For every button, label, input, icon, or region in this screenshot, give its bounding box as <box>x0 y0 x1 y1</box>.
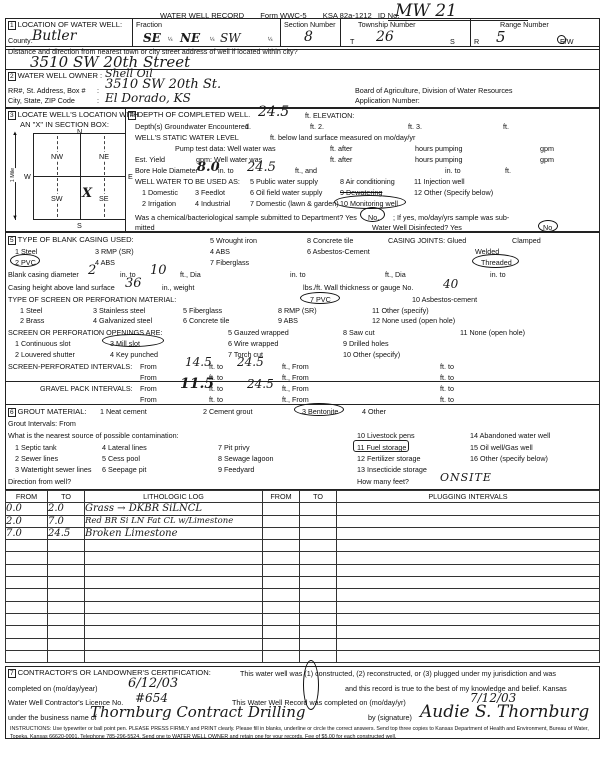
threaded-circle <box>472 254 519 268</box>
board-label: Board of Agriculture, Division of Water … <box>355 86 513 95</box>
row-to[interactable]: 7.0 <box>48 515 85 527</box>
joint-clamped[interactable]: Clamped <box>512 236 541 245</box>
use-label: WELL WATER TO BE USED AS: <box>135 177 240 186</box>
casing-abs-label[interactable]: 4 ABS <box>95 258 115 267</box>
range-east-circle <box>557 35 566 44</box>
pump-test-label: Pump test data: Well water was <box>175 144 276 153</box>
table-row <box>6 601 600 613</box>
gw-2: ft. 2. <box>310 122 324 131</box>
screen-rmp[interactable]: 8 RMP (SR) <box>278 306 317 315</box>
contam-watertight[interactable]: 3 Watertight sewer lines <box>15 465 91 474</box>
hours-pumping: hours pumping <box>415 144 463 153</box>
grout-intervals-label: Grout Intervals: From <box>8 419 76 428</box>
depth-value[interactable]: 24.5 <box>258 104 289 120</box>
table-row <box>6 552 600 564</box>
contam-septic[interactable]: 1 Septic tank <box>15 443 57 452</box>
opening-other[interactable]: 10 Other (specify) <box>343 350 400 359</box>
township-value[interactable]: 26 <box>376 29 394 45</box>
row-from[interactable]: 0.0 <box>6 503 48 515</box>
table-row <box>6 540 600 552</box>
township-label: Township Number <box>358 20 416 29</box>
row-from[interactable]: 7.0 <box>6 527 48 539</box>
elevation-label: ft. ELEVATION: <box>305 111 354 120</box>
groundwater-label: Depth(s) Groundwater Encountered <box>135 122 249 131</box>
range-value[interactable]: 5 <box>496 28 506 46</box>
static-level-label: WELL'S STATIC WATER LEVEL <box>135 133 239 142</box>
section-2-label: 2WATER WELL OWNER : <box>8 71 102 81</box>
in-to-3: in. to <box>490 270 506 279</box>
col-from: FROM <box>6 491 48 503</box>
gravel-to[interactable]: 24.5 <box>247 377 274 391</box>
height-value[interactable]: 36 <box>125 276 142 291</box>
ft: ft. <box>505 166 511 175</box>
grout-other[interactable]: 4 Other <box>362 407 386 416</box>
perf-to[interactable]: 24.5 <box>237 355 264 369</box>
how-far-value[interactable]: ONSITE <box>440 471 492 484</box>
township-prefix: T <box>350 37 354 46</box>
ft-to-4: ft. to <box>440 373 454 382</box>
ft-from-3: ft., From <box>282 384 309 393</box>
fraction-2[interactable]: NE <box>180 31 200 45</box>
table-row <box>6 638 600 650</box>
use-public[interactable]: 5 Public water supply <box>250 177 318 186</box>
contam-fertilizer[interactable]: 12 Fertilizer storage <box>357 454 421 463</box>
col-to: TO <box>48 491 85 503</box>
business-label: under the business name of <box>8 713 97 722</box>
ne-quadrant: NE <box>98 152 110 161</box>
blank-dia-value[interactable]: 2 <box>88 263 96 278</box>
casing-wrought-iron[interactable]: 5 Wrought iron <box>210 236 257 245</box>
table-row: 0.02.0Grass → DKBR SiLNCL <box>6 503 600 515</box>
mill-slot-circle <box>102 334 164 347</box>
row-to[interactable]: 24.5 <box>48 527 85 539</box>
bore-label: Bore Hole Diameter <box>135 166 198 175</box>
ft-to-2: ft. to <box>440 362 454 371</box>
contam-livestock[interactable]: 10 Livestock pens <box>357 431 415 440</box>
screen-fiberglass[interactable]: 5 Fiberglass <box>183 306 222 315</box>
height-label: Casing height above land surface <box>8 283 115 292</box>
screen-label: TYPE OF SCREEN OR PERFORATION MATERIAL: <box>8 295 176 304</box>
south-label: S <box>77 221 82 230</box>
sample-question-3: mitted <box>135 223 155 232</box>
col-plug-from: FROM <box>263 491 300 503</box>
col-plugging: PLUGGING INTERVALS <box>337 491 600 503</box>
gpm-2: gpm <box>540 155 554 164</box>
col-plug-to: TO <box>300 491 337 503</box>
gauge-value[interactable]: 40 <box>443 277 458 291</box>
static-level-suffix: ft. below land surface measured on mo/da… <box>270 133 415 142</box>
location-x-mark: X <box>82 186 92 201</box>
screen-galvanized[interactable]: 4 Galvanized steel <box>93 316 152 325</box>
range-label: Range Number <box>500 20 549 29</box>
bore-to[interactable]: 24.5 <box>247 160 276 175</box>
blank-to-value[interactable]: 10 <box>150 263 167 278</box>
colon: : <box>97 96 99 105</box>
table-row <box>6 589 600 601</box>
mile-label: 1 Mile <box>10 168 16 182</box>
use-injection[interactable]: 11 Injection well <box>414 177 465 186</box>
fuel-storage-circle <box>353 440 409 452</box>
casing-pvc-circle <box>10 254 40 267</box>
ft-from-2: ft., From <box>282 373 309 382</box>
casing-concrete[interactable]: 8 Concrete tile <box>307 236 353 245</box>
table-row <box>6 577 600 589</box>
cert-text-1: This water well was (1) constructed, (2)… <box>240 669 556 678</box>
screen-pvc-circle <box>300 292 340 304</box>
hours-pumping-2: hours pumping <box>415 155 463 164</box>
row-desc[interactable]: Broken Limestone <box>85 527 263 539</box>
quarter-2: ¼ <box>210 37 214 43</box>
gw-1: 1. <box>245 122 251 131</box>
row-from[interactable]: 2.0 <box>6 515 48 527</box>
contam-insecticide[interactable]: 13 Insecticide storage <box>357 465 427 474</box>
table-row <box>6 564 600 576</box>
quarter-1: ¼ <box>168 37 172 43</box>
contam-sewer[interactable]: 2 Sewer lines <box>15 454 58 463</box>
opening-louvered[interactable]: 2 Louvered shutter <box>15 350 75 359</box>
se-quadrant: SE <box>98 194 110 203</box>
screen-other[interactable]: 11 Other (specify) <box>372 306 429 315</box>
ft-to-6: ft. to <box>440 384 454 393</box>
table-row: 7.024.5Broken Limestone <box>6 527 600 539</box>
ft-from-1: ft., From <box>282 362 309 371</box>
business-value[interactable]: Thornburg Contract Drilling <box>90 703 306 721</box>
completed-date[interactable]: 6/12/03 <box>128 676 178 691</box>
wall-label: lbs./ft. Wall thickness or gauge No. <box>303 283 413 292</box>
section-7-label: 7CONTRACTOR'S OR LANDOWNER'S CERTIFICATI… <box>8 668 211 678</box>
bentonite-circle <box>294 403 344 416</box>
county-value[interactable]: Butler <box>32 28 76 44</box>
opening-saw-cut[interactable]: 8 Saw cut <box>343 328 375 337</box>
casing-other[interactable]: 6 Asbestos-Cement <box>307 247 370 256</box>
contam-abandoned[interactable]: 14 Abandoned water well <box>470 431 550 440</box>
fraction-1[interactable]: SE <box>143 31 161 45</box>
section-number-label: Section Number <box>284 20 336 29</box>
in-to-2: in. to <box>445 166 461 175</box>
casing-fiberglass[interactable]: 7 Fiberglass <box>210 258 249 267</box>
in-to-2: in. to <box>290 270 306 279</box>
city-value[interactable]: El Dorado, KS <box>105 91 191 105</box>
address-label: RR#, St. Address, Box # <box>8 86 86 95</box>
ft-to-7: ft. to <box>209 395 223 404</box>
section-3-sublabel: AN "X" IN SECTION BOX: <box>20 120 109 129</box>
section-box-diagram[interactable]: NW NE SW SE X <box>33 133 126 220</box>
contam-seepage[interactable]: 6 Seepage pit <box>102 465 146 474</box>
contam-lateral[interactable]: 4 Lateral lines <box>102 443 147 452</box>
disinfected-no-circle <box>538 220 558 232</box>
screen-concrete[interactable]: 6 Concrete tile <box>183 316 229 325</box>
opening-gauzed[interactable]: 5 Gauzed wrapped <box>228 328 289 337</box>
township-suffix: S <box>450 37 455 46</box>
contam-lagoon[interactable]: 8 Sewage lagoon <box>218 454 274 463</box>
table-row <box>6 650 600 662</box>
grout-cement[interactable]: 2 Cement grout <box>203 407 253 416</box>
joints-label: CASING JOINTS: Glued <box>388 236 466 245</box>
weight-label: in., weight <box>162 283 194 292</box>
from-4: From <box>140 395 157 404</box>
screen-stainless[interactable]: 3 Stainless steel <box>93 306 145 315</box>
use-air[interactable]: 8 Air conditioning <box>340 177 395 186</box>
arrow-down-icon: ▼ <box>12 215 18 221</box>
completed-label: completed on (mo/day/year) <box>8 684 98 693</box>
ft-to-1: ft. to <box>209 362 223 371</box>
screen-steel[interactable]: 1 Steel <box>20 306 42 315</box>
fraction-label: Fraction <box>136 20 162 29</box>
table-row <box>6 613 600 625</box>
ft-and: ft., and <box>295 166 317 175</box>
yield-label: Est. Yield <box>135 155 165 164</box>
range-prefix: R <box>474 37 479 46</box>
use-domestic[interactable]: 1 Domestic <box>142 188 178 197</box>
from-1: From <box>140 362 157 371</box>
county-label: County: <box>8 36 33 45</box>
disinfected-label: Water Well Disinfected? Yes <box>372 223 462 232</box>
gw-3: ft. 3. <box>408 122 422 131</box>
gravel-label: GRAVEL PACK INTERVALS: <box>40 384 133 393</box>
log-table: FROM TO LITHOLOGIC LOG FROM TO PLUGGING … <box>5 490 600 663</box>
quarter-3: ¼ <box>268 37 272 43</box>
arrow-up-icon: ▲ <box>12 131 18 137</box>
use-irrigation[interactable]: 2 Irrigation <box>142 199 176 208</box>
ft-after-2: ft. after <box>330 155 352 164</box>
section-3-label: 3LOCATE WELL'S LOCATION WITH <box>8 110 139 120</box>
contam-other[interactable]: 16 Other (specify below) <box>470 454 548 463</box>
grout-neat-cement[interactable]: 1 Neat cement <box>100 407 147 416</box>
contam-feedyard[interactable]: 9 Feedyard <box>218 465 254 474</box>
west-label: W <box>24 172 31 181</box>
blank-dia-label: Blank casing diameter <box>8 270 79 279</box>
section-6-label: 6GROUT MATERIAL: <box>8 407 87 417</box>
contam-pit-privy[interactable]: 7 Pit privy <box>218 443 250 452</box>
casing-asbestos[interactable]: 4 ABS <box>210 247 230 256</box>
opening-continuous[interactable]: 1 Continuous slot <box>15 339 71 348</box>
section-5-label: 5TYPE OF BLANK CASING USED: <box>8 235 134 245</box>
row-desc[interactable]: Red BR Si LN Fat CL w/Limestone <box>85 515 263 527</box>
ft-dia-2: ft., Dia <box>385 270 406 279</box>
opening-none[interactable]: 11 None (open hole) <box>460 328 525 337</box>
ft-from-4: ft., From <box>282 395 309 404</box>
section-number-value[interactable]: 8 <box>304 29 313 45</box>
east-label: E <box>128 172 133 181</box>
opening-key-punched[interactable]: 4 Key punched <box>110 350 158 359</box>
city-label: City, State, ZIP Code <box>8 96 75 105</box>
table-row: 2.07.0Red BR Si LN Fat CL w/Limestone <box>6 515 600 527</box>
row-to[interactable]: 2.0 <box>48 503 85 515</box>
ft-after: ft. after <box>330 144 352 153</box>
from-2: From <box>140 373 157 382</box>
opening-wire[interactable]: 6 Wire wrapped <box>228 339 278 348</box>
perf-from[interactable]: 14.5 <box>185 355 212 369</box>
opening-drilled[interactable]: 9 Drilled holes <box>343 339 389 348</box>
use-industrial[interactable]: 4 Industrial <box>195 199 230 208</box>
bore-diameter[interactable]: 8.0 <box>197 160 220 175</box>
col-lithologic: LITHOLOGIC LOG <box>85 491 263 503</box>
contam-cess-pool[interactable]: 5 Cess pool <box>102 454 140 463</box>
how-far-label: How many feet? <box>357 477 409 486</box>
sw-quadrant: SW <box>50 194 64 203</box>
sample-no-circle <box>360 207 385 222</box>
row-desc[interactable]: Grass → DKBR SiLNCL <box>85 503 263 515</box>
use-oilfield[interactable]: 6 Oil field water supply <box>250 188 322 197</box>
colon: : <box>97 86 99 95</box>
instructions: INSTRUCTIONS: Use typewriter or ball poi… <box>10 726 595 741</box>
gpm: gpm <box>540 144 554 153</box>
ft-dia: ft., Dia <box>180 270 201 279</box>
ft-to-8: ft. to <box>440 395 454 404</box>
screen-none[interactable]: 12 None used (open hole) <box>372 316 455 325</box>
application-label: Application Number: <box>355 96 420 105</box>
gw-ft: ft. <box>503 122 509 131</box>
table-row <box>6 626 600 638</box>
fraction-3[interactable]: SW <box>220 31 241 45</box>
use-other[interactable]: 12 Other (Specify below) <box>414 188 493 197</box>
address-value[interactable]: 3510 SW 20th St. <box>105 77 221 92</box>
sample-question: Was a chemical/bacteriological sample su… <box>135 213 357 222</box>
screen-brass[interactable]: 2 Brass <box>20 316 44 325</box>
contam-oil-gas[interactable]: 15 Oil well/Gas well <box>470 443 533 452</box>
perf-label: SCREEN-PERFORATED INTERVALS: <box>8 362 132 371</box>
screen-asbestos[interactable]: 10 Asbestos-cement <box>412 295 477 304</box>
signature[interactable]: Audie S. Thornburg <box>420 702 589 722</box>
use-feedlot[interactable]: 3 Feedlot <box>195 188 225 197</box>
ft-to-5: ft. to <box>209 384 223 393</box>
from-3: From <box>140 384 157 393</box>
contamination-label: What is the nearest source of possible c… <box>8 431 179 440</box>
cert-text-2: and this record is true to the best of m… <box>345 684 567 693</box>
screen-abs[interactable]: 9 ABS <box>278 316 298 325</box>
nw-quadrant: NW <box>50 152 64 161</box>
direction-label: Direction from well? <box>8 477 71 486</box>
casing-rmp[interactable]: 3 RMP (SR) <box>95 247 134 256</box>
sample-question-2: ; If yes, mo/day/yrs sample was sub- <box>393 213 509 222</box>
north-label: N <box>77 127 82 136</box>
use-lawn-garden[interactable]: 7 Domestic (lawn & garden) <box>250 199 339 208</box>
signature-label: by (signature) <box>368 713 412 722</box>
in-to: in. to <box>218 166 234 175</box>
section-4-label: 4DEPTH OF COMPLETED WELL. <box>128 110 250 120</box>
